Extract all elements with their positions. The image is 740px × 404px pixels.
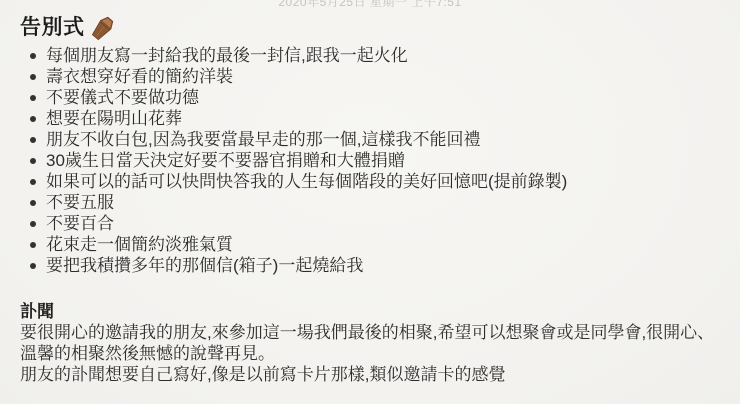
list-item: 要把我積攢多年的那個信(箱子)一起燒給我 bbox=[20, 255, 726, 276]
list-item-text: 30歲生日當天決定好要不要器官捐贈和大體捐贈 bbox=[46, 151, 405, 170]
list-item: 不要儀式不要做功德 bbox=[20, 87, 726, 108]
list-item-text: 壽衣想穿好看的簡約洋裝 bbox=[46, 67, 233, 86]
bullet-icon bbox=[30, 179, 36, 185]
bullet-icon bbox=[30, 53, 36, 59]
bullet-icon bbox=[30, 95, 36, 101]
list-item: 朋友不收白包,因為我要當最早走的那一個,這樣我不能回禮 bbox=[20, 129, 726, 150]
bullet-icon bbox=[30, 242, 36, 248]
bullet-icon bbox=[30, 137, 36, 143]
list-item: 想要在陽明山花葬 bbox=[20, 108, 726, 129]
list-item-text: 如果可以的話可以快問快答我的人生每個階段的美好回憶吧(提前錄製) bbox=[46, 172, 567, 191]
list-item-text: 不要五服 bbox=[46, 193, 114, 212]
note-title: 告別式 bbox=[20, 13, 726, 41]
obituary-paragraph: 朋友的訃聞想要自己寫好,像是以前寫卡片那樣,類似邀請卡的感覺 bbox=[20, 364, 726, 385]
coffin-emoji-icon bbox=[90, 15, 116, 41]
list-item: 不要百合 bbox=[20, 213, 726, 234]
bullet-icon bbox=[30, 221, 36, 227]
bullet-icon bbox=[30, 158, 36, 164]
list-item: 花束走一個簡約淡雅氣質 bbox=[20, 234, 726, 255]
obituary-paragraph: 要很開心的邀請我的朋友,來參加這一場我們最後的相聚,希望可以想聚會或是同學會,很… bbox=[20, 322, 726, 364]
list-item: 每個朋友寫一封給我的最後一封信,跟我一起火化 bbox=[20, 45, 726, 66]
bullet-icon bbox=[30, 116, 36, 122]
list-item-text: 不要儀式不要做功德 bbox=[46, 88, 199, 107]
bullet-icon bbox=[30, 263, 36, 269]
list-item-text: 想要在陽明山花葬 bbox=[46, 109, 182, 128]
bullet-icon bbox=[30, 74, 36, 80]
note-date-header: 2020年5月25日 星期一 上午7:51 bbox=[0, 0, 740, 10]
obituary-heading: 訃聞 bbox=[20, 301, 726, 322]
list-item-text: 要把我積攢多年的那個信(箱子)一起燒給我 bbox=[46, 256, 363, 275]
note-editor[interactable]: 告別式 每個朋友寫一封給我的最後一封信,跟我一起火化 壽衣想穿好看的簡約洋裝 不… bbox=[20, 13, 726, 385]
farewell-list: 每個朋友寫一封給我的最後一封信,跟我一起火化 壽衣想穿好看的簡約洋裝 不要儀式不… bbox=[20, 45, 726, 276]
list-item: 壽衣想穿好看的簡約洋裝 bbox=[20, 66, 726, 87]
list-item: 不要五服 bbox=[20, 192, 726, 213]
list-item-text: 不要百合 bbox=[46, 214, 114, 233]
list-item-text: 朋友不收白包,因為我要當最早走的那一個,這樣我不能回禮 bbox=[46, 130, 480, 149]
list-item: 如果可以的話可以快問快答我的人生每個階段的美好回憶吧(提前錄製) bbox=[20, 171, 726, 192]
obituary-section: 訃聞 要很開心的邀請我的朋友,來參加這一場我們最後的相聚,希望可以想聚會或是同學… bbox=[20, 301, 726, 385]
notes-app-page: { "note": { "date_header": "2020年5月25日 星… bbox=[0, 0, 740, 404]
list-item-text: 每個朋友寫一封給我的最後一封信,跟我一起火化 bbox=[46, 46, 408, 65]
bullet-icon bbox=[30, 200, 36, 206]
list-item: 30歲生日當天決定好要不要器官捐贈和大體捐贈 bbox=[20, 150, 726, 171]
list-item-text: 花束走一個簡約淡雅氣質 bbox=[46, 235, 233, 254]
note-title-text: 告別式 bbox=[20, 14, 85, 41]
